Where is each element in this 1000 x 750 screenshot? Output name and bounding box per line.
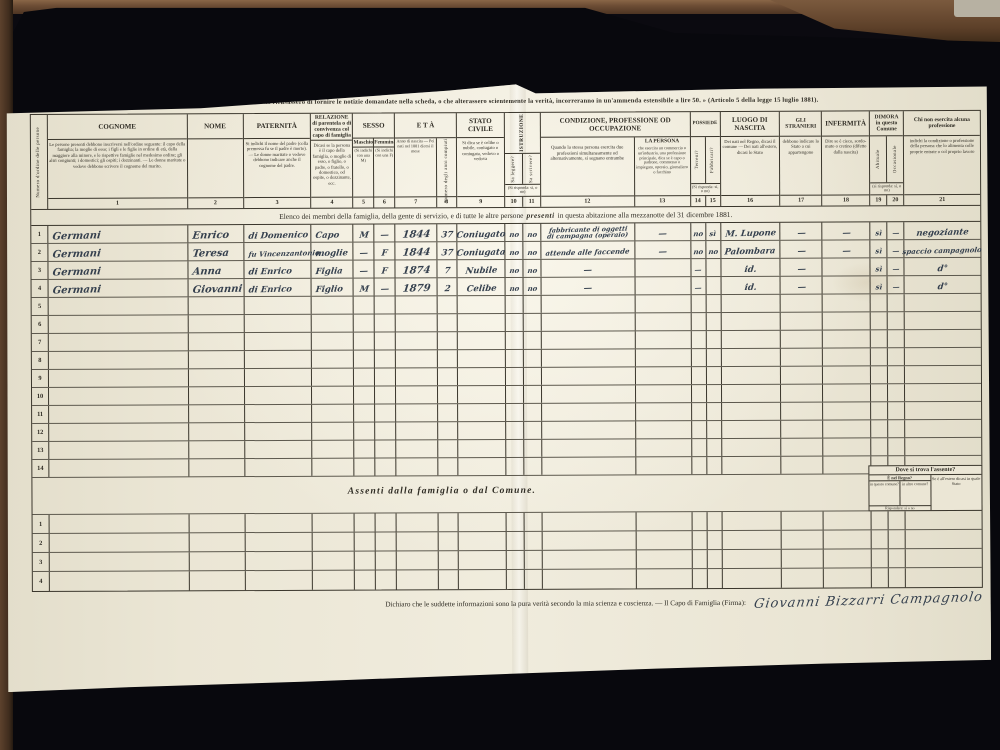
c <box>354 423 375 440</box>
subcol-fabbricati: Fabbricati? <box>705 137 719 183</box>
hw: spaccio campagnolo <box>902 245 982 257</box>
c <box>635 313 691 330</box>
c <box>542 421 636 438</box>
c <box>49 369 189 387</box>
c <box>542 385 636 402</box>
span: in questa abitazione alla mezzanotte del… <box>558 210 733 220</box>
hw: — <box>380 284 390 294</box>
c: — <box>691 277 706 294</box>
hfill: Sa scrivere? <box>523 154 540 184</box>
subcol-anno-nascita: Anno di nascita — Pei nati nel 1881 dice… <box>395 138 437 196</box>
c <box>189 514 245 532</box>
span: in questo Comune <box>876 120 898 132</box>
b: 20 <box>887 195 903 205</box>
c <box>524 440 542 457</box>
c <box>636 512 692 530</box>
c: — <box>888 258 905 275</box>
c <box>376 458 397 475</box>
c <box>438 458 458 475</box>
c <box>439 532 459 550</box>
c <box>905 312 981 329</box>
hw: — <box>359 266 369 276</box>
c <box>706 331 721 348</box>
hw: d° <box>937 264 948 274</box>
c: Capo <box>312 225 354 242</box>
hw: no <box>526 266 537 276</box>
c <box>782 439 824 456</box>
c: Coniugata <box>457 242 505 259</box>
hw: — <box>892 246 900 256</box>
c <box>782 569 824 588</box>
col-header-chi-non-esercita: Chi non esercita alcuna professione indi… <box>904 111 980 205</box>
hn: 18 <box>822 194 869 205</box>
hw: M <box>358 230 369 240</box>
c <box>823 348 871 365</box>
c <box>49 459 189 477</box>
c: — <box>635 223 691 240</box>
c <box>906 530 982 548</box>
c <box>721 313 781 330</box>
b: 12 <box>541 196 635 206</box>
c <box>722 550 782 568</box>
c: d° <box>905 258 981 275</box>
hsplit: Quando la stessa persona esercita due pr… <box>541 137 690 196</box>
c <box>438 368 458 385</box>
c: — <box>781 241 823 258</box>
hw: — <box>841 228 851 238</box>
c <box>542 439 636 456</box>
c <box>396 350 438 367</box>
c <box>872 511 889 529</box>
col-header-relazione: RELAZIONEdi parentela o di convivenza co… <box>311 114 353 208</box>
subcol-anni-compiuti: Numero degli anni compiuti <box>437 138 457 196</box>
c <box>439 513 459 531</box>
c <box>49 387 189 405</box>
c: M <box>354 225 375 242</box>
c <box>888 420 905 437</box>
ht: RELAZIONEdi parentela o di convivenza co… <box>311 114 352 141</box>
c <box>781 313 823 330</box>
c <box>245 514 313 532</box>
assenti-rows: 1 2 3 4 <box>33 511 982 591</box>
c: no <box>505 242 523 259</box>
hi: Dei nati nel Regno, dicasi il comune — D… <box>720 137 779 195</box>
col-header-infermita: INFERMITÀ Dire se è cieco, sordo-muto o … <box>822 111 870 205</box>
hw: fu Vincenzantonio <box>247 248 319 260</box>
c <box>707 439 722 456</box>
c <box>397 570 439 589</box>
span: Elenco dei membri della famiglia, della … <box>279 211 523 221</box>
hw: d° <box>937 282 948 292</box>
c: 1 <box>33 515 50 533</box>
c <box>524 404 542 421</box>
hn: 16 <box>721 195 780 206</box>
abox-cq: in questo comune? <box>869 481 900 505</box>
c <box>542 457 636 474</box>
c <box>905 402 981 419</box>
hw: id. <box>744 283 757 293</box>
c: Enrico <box>188 225 244 242</box>
c <box>888 438 905 455</box>
hw: Germani <box>52 285 101 296</box>
c <box>375 296 396 313</box>
b: 14 <box>691 196 706 206</box>
c: — <box>887 222 904 239</box>
c <box>354 315 375 332</box>
c <box>525 570 543 589</box>
ht: INFERMITÀ <box>822 111 869 136</box>
col-header-numero-ordine: Numero d'ordine delle persone <box>31 115 48 209</box>
hnums: 1011 <box>505 196 540 207</box>
c <box>397 551 439 569</box>
c: fabbricante di oggettidi campagna (opera… <box>541 223 635 240</box>
c <box>707 403 722 420</box>
c <box>692 457 707 474</box>
c: 5 <box>32 298 49 315</box>
hfill: Numero degli anni compiuti <box>437 138 457 203</box>
c <box>872 549 889 567</box>
hw: no <box>509 284 520 294</box>
c <box>824 456 872 473</box>
c <box>543 550 637 568</box>
c <box>49 351 189 369</box>
c <box>50 533 190 552</box>
hw: di Enrico <box>248 284 292 295</box>
c <box>722 457 782 474</box>
c <box>354 387 375 404</box>
c <box>354 351 375 368</box>
c <box>376 570 397 589</box>
b: 5 <box>353 198 374 208</box>
col-header-cognome: COGNOME Le persone presenti debbono insc… <box>48 114 188 209</box>
vt: Occasionale <box>893 145 898 173</box>
c <box>905 420 981 437</box>
c <box>823 402 871 419</box>
hw: Germani <box>52 231 101 242</box>
vt: Abituale <box>876 149 881 169</box>
hw: — <box>841 246 851 256</box>
c <box>636 385 692 402</box>
sub-i: Quando la stessa persona esercita due pr… <box>541 137 634 195</box>
c <box>189 571 245 590</box>
hw: Nubile <box>465 266 498 277</box>
hw: no <box>692 229 703 239</box>
c <box>871 366 888 383</box>
c: no <box>505 224 523 241</box>
ht: PATERNITÀ <box>243 114 310 139</box>
c <box>459 570 507 589</box>
ht: CONDIZIONE, PROFESSIONE OD OCCUPAZIONE <box>541 112 690 138</box>
abox-t: Dove si trova l'assente? <box>869 466 981 475</box>
c: — <box>375 224 396 241</box>
c: — <box>781 223 823 240</box>
c <box>636 439 692 456</box>
dove-si-trova-box: Dove si trova l'assente? È nel Regno? in… <box>868 465 982 511</box>
c <box>872 568 889 587</box>
c: Celibe <box>458 278 506 295</box>
c <box>889 549 906 567</box>
c: no <box>523 224 541 241</box>
c <box>459 532 507 550</box>
c <box>397 458 439 475</box>
c <box>542 367 636 384</box>
hi: Si dica se è celibe o nubile, coniugato … <box>457 138 504 196</box>
c: — <box>823 240 871 257</box>
c <box>506 386 524 403</box>
hw: sì <box>875 264 883 274</box>
c: M <box>354 279 375 296</box>
c <box>49 405 189 423</box>
hi: Dire se è cieco, sordo-muto o cretino (d… <box>822 136 869 194</box>
c <box>721 331 781 348</box>
c <box>355 552 376 570</box>
c: no <box>523 260 541 277</box>
c <box>355 441 376 458</box>
census-table: Numero d'ordine delle persone COGNOME Le… <box>30 110 983 592</box>
c <box>244 315 312 332</box>
hw: sì <box>875 246 883 256</box>
c: — <box>354 261 375 278</box>
sub-i: Anno di nascita — Pei nati nel 1881 dice… <box>395 138 436 196</box>
hw: no <box>526 248 537 258</box>
hw: 1874 <box>402 266 431 277</box>
c <box>396 296 438 313</box>
subcol-la-persona: LA PERSONA che esercita un commercio o u… <box>634 137 689 195</box>
c: 2 <box>33 534 50 552</box>
c <box>888 330 905 347</box>
hw: M <box>359 284 370 294</box>
vt: ISTRUZIONE <box>518 114 526 152</box>
c <box>458 386 506 403</box>
c <box>524 296 542 313</box>
sub-t: Femmina <box>374 138 394 147</box>
c <box>458 332 506 349</box>
c <box>438 296 458 313</box>
c <box>542 512 636 530</box>
c: no <box>706 241 721 258</box>
c <box>721 295 781 312</box>
c <box>524 386 542 403</box>
c: 1874 <box>396 260 438 277</box>
table-body: 1 Germani Enrico di Domenico Capo M — 18… <box>31 222 981 478</box>
c <box>354 369 375 386</box>
col-header-nome: NOME 2 <box>187 114 243 208</box>
c: — <box>541 277 635 294</box>
c <box>871 384 888 401</box>
hi: Le persone presenti debbono inscriversi … <box>48 139 187 198</box>
hw: di Enrico <box>247 266 291 277</box>
c <box>692 550 707 568</box>
c <box>721 349 781 366</box>
c <box>871 294 888 311</box>
c: id. <box>721 259 781 276</box>
c <box>824 549 872 567</box>
c <box>244 333 312 350</box>
c <box>781 349 823 366</box>
c: fu Vincenzantonio <box>244 243 312 260</box>
c <box>506 296 524 313</box>
hw: — <box>892 264 900 274</box>
hn: 1 <box>48 197 187 209</box>
c <box>782 421 824 438</box>
ht: DIMORAin questo Comune <box>870 111 903 136</box>
subcol-due-professioni: Quando la stessa persona esercita due pr… <box>541 137 635 195</box>
c <box>439 551 459 569</box>
c <box>458 440 506 457</box>
c: Giovanni <box>188 279 244 296</box>
c <box>722 403 782 420</box>
c <box>543 531 637 549</box>
vt: Sa leggere? <box>511 155 516 182</box>
c <box>458 350 506 367</box>
hw: F <box>381 248 388 258</box>
c <box>889 530 906 548</box>
hw: no <box>526 230 537 240</box>
col-header-condizione: CONDIZIONE, PROFESSIONE OD OCCUPAZIONE Q… <box>541 112 691 207</box>
head-of-family-signature: Giovanni Bizzarri Campagnolo <box>753 590 984 612</box>
c: Coniugato <box>457 224 505 241</box>
c <box>376 513 397 531</box>
hn: 3 <box>244 197 311 208</box>
c <box>823 420 871 437</box>
c <box>507 513 525 531</box>
c <box>525 551 543 569</box>
c <box>189 533 245 551</box>
ht: SESSO <box>353 113 394 138</box>
b: 15 <box>706 196 720 206</box>
c <box>188 297 244 314</box>
b: 10 <box>505 197 523 207</box>
hw: sì <box>709 229 717 239</box>
col-header-stato-civile: STATO CIVILE Si dica se è celibe o nubil… <box>457 113 505 207</box>
c <box>245 533 313 551</box>
c <box>782 457 824 474</box>
hn: 9 <box>457 196 504 207</box>
hw: attende alle faccende <box>545 247 630 259</box>
c <box>823 258 871 275</box>
c: sì <box>871 276 888 293</box>
c: 8 <box>32 352 49 369</box>
c <box>871 420 888 437</box>
c <box>525 513 543 531</box>
c <box>354 405 375 422</box>
c <box>721 367 781 384</box>
c <box>889 511 906 529</box>
c <box>637 569 693 588</box>
c <box>312 369 354 386</box>
span: di parentela o di convivenza col capo di… <box>312 121 351 139</box>
abox-right: Se è all'estero dicasi in quale Stato <box>931 475 982 510</box>
c <box>782 531 824 549</box>
hi: indichi la condizione o professione dell… <box>904 136 980 194</box>
c <box>375 404 396 421</box>
c: — <box>691 259 706 276</box>
hw: negoziante <box>916 227 969 238</box>
c <box>507 570 525 589</box>
c <box>439 570 459 589</box>
c <box>823 330 871 347</box>
paper-edge-top-right <box>954 0 1000 17</box>
c <box>506 458 524 475</box>
c <box>396 314 438 331</box>
col-header-sesso: SESSO Maschio (Si indichi con una M) Fem… <box>353 113 395 207</box>
hw: — <box>359 248 369 258</box>
c <box>313 533 355 551</box>
c <box>459 551 507 569</box>
c <box>312 333 354 350</box>
hw: fabbricante di oggettidi campagna (opera… <box>546 226 628 241</box>
c <box>245 459 313 476</box>
c <box>782 550 824 568</box>
c <box>354 333 375 350</box>
hw: — <box>694 265 702 275</box>
c <box>636 367 692 384</box>
c: sì <box>871 222 888 239</box>
c <box>781 295 823 312</box>
c <box>375 350 396 367</box>
c: di Enrico <box>244 261 312 278</box>
c <box>506 404 524 421</box>
subcol-abituale: Abituale <box>870 136 887 182</box>
ht: E T À <box>395 113 456 138</box>
c <box>355 514 376 532</box>
c <box>888 294 905 311</box>
c <box>49 297 189 315</box>
c <box>635 331 691 348</box>
hw: — <box>797 283 807 293</box>
c <box>823 366 871 383</box>
c: 10 <box>32 388 49 405</box>
sub-i: (Si indichi con una F) <box>374 147 394 196</box>
b: 7 <box>395 197 437 207</box>
c <box>707 385 722 402</box>
vt: Sa scrivere? <box>529 155 534 183</box>
c <box>375 332 396 349</box>
c <box>905 348 981 365</box>
subcol-terreni: Terreni? <box>691 137 706 183</box>
c: Nubile <box>458 260 506 277</box>
c: M. Lupone <box>721 223 781 240</box>
c <box>397 532 439 550</box>
c: sì <box>871 240 888 257</box>
c: attende alle faccende <box>541 241 635 258</box>
b: 13 <box>635 196 690 206</box>
hw: — <box>658 229 668 239</box>
c <box>312 351 354 368</box>
hfill: Sa leggere? <box>505 154 522 184</box>
c: Germani <box>48 261 188 279</box>
hnums: 56 <box>353 196 394 207</box>
c: 1844 <box>396 224 438 241</box>
hfill: Occasionale <box>887 136 903 182</box>
c <box>375 386 396 403</box>
hfill: Fabbricati? <box>705 137 719 183</box>
c <box>888 384 905 401</box>
c <box>636 457 692 474</box>
c <box>888 312 905 329</box>
b: 19 <box>870 195 887 205</box>
ht: NOME <box>187 114 242 139</box>
c <box>707 531 722 549</box>
c <box>692 385 707 402</box>
c <box>188 333 244 350</box>
ht: LUOGO DI NASCITA <box>720 112 779 137</box>
c <box>459 513 507 531</box>
c: 37 <box>437 224 457 241</box>
hw: di Domenico <box>247 230 308 242</box>
c <box>707 569 722 588</box>
hn: 17 <box>781 195 822 206</box>
